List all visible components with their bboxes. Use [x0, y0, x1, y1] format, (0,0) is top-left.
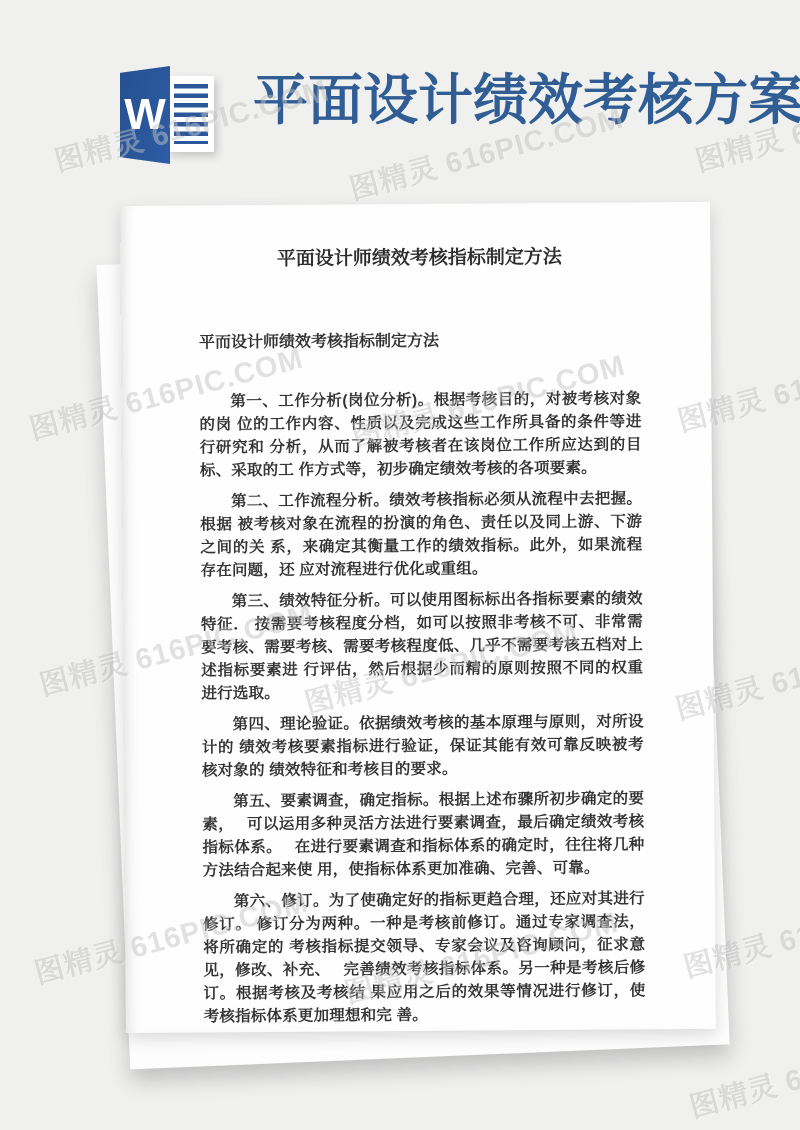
word-icon-text-lines — [174, 84, 208, 144]
document-subtitle: 平而设计师绩效考核指标制定方法 — [199, 329, 641, 354]
document-page: 平面设计师绩效考核指标制定方法 平而设计师绩效考核指标制定方法 第一、工作分析(… — [120, 202, 716, 1033]
document-paragraph: 第四、理论验证。依据绩效考核的基本原理与原则，对所设计的 绩效考核要素指标进行验… — [202, 710, 644, 782]
page-title: 平面设计绩效考核方案 — [253, 68, 800, 134]
word-icon-cover-panel: W — [120, 66, 170, 164]
document-body: 第一、工作分析(岗位分析)。根据考核目的，对被考核对象的岗 位的工作内容、性质以… — [199, 387, 645, 1028]
document-paragraph: 第三、绩效特征分析。可以使用图标标出各指标要素的绩效特征． 按需要考核程度分档，… — [201, 587, 644, 705]
document-paragraph: 第一、工作分析(岗位分析)。根据考核目的，对被考核对象的岗 位的工作内容、性质以… — [199, 387, 642, 482]
word-icon-document-sheet — [168, 76, 214, 152]
header: W 平面设计绩效考核方案 — [0, 0, 800, 190]
document-paragraph: 第六、修订。为了使确定好的指标更趋合理，还应对其进行修订。 修订分为两种。一种是… — [203, 887, 646, 1028]
document-paragraph: 第二、工作流程分析。绩效考核指标必须从流程中去把握。根据 被考核对象在流程的扮演… — [200, 487, 643, 582]
document-paragraph: 第五、要素调查，确定指标。根据上述布骤所初步确定的要素， 可以运用多种灵活方法进… — [202, 787, 645, 882]
word-icon-letter: W — [124, 93, 166, 137]
document-title: 平面设计师绩效考核指标制定方法 — [198, 244, 640, 273]
document-preview-canvas: { "header": { "title": "平面设计绩效考核方案", "ic… — [0, 0, 800, 1130]
word-file-icon: W — [84, 62, 216, 168]
